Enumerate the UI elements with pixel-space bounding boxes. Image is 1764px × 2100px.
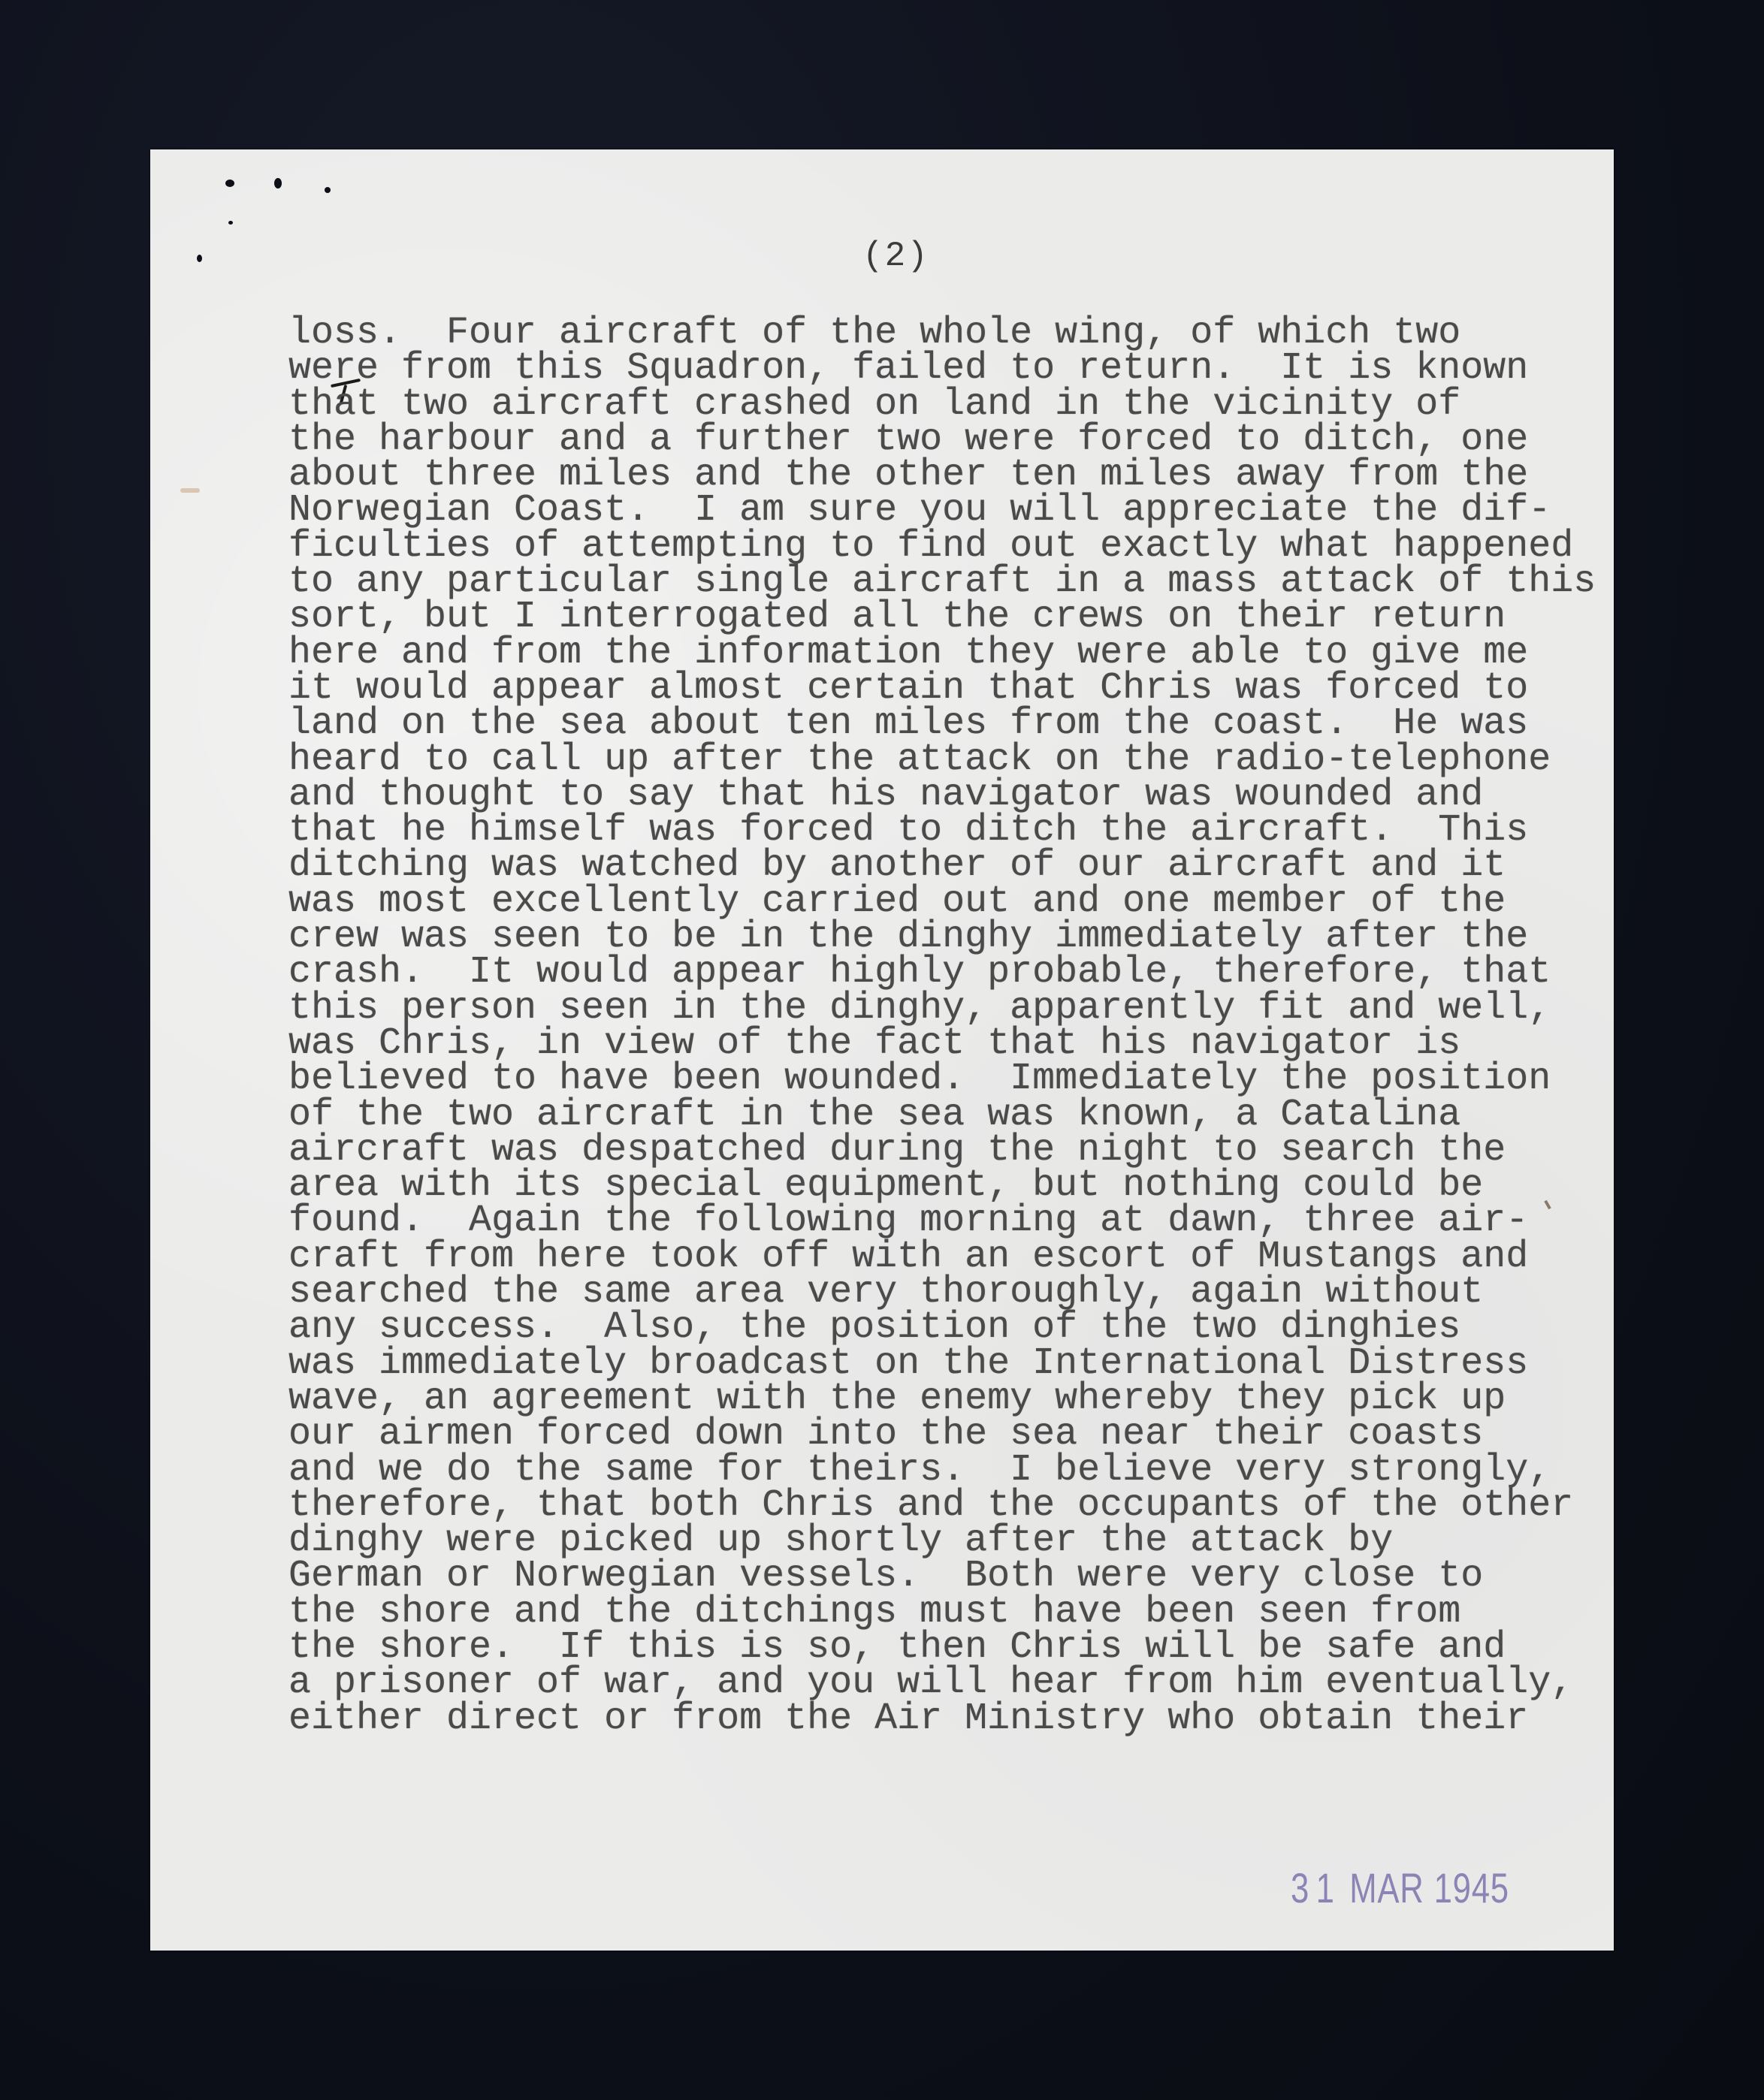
text-line: wave, an agreement with the enemy whereb… (288, 1381, 1596, 1417)
letter-body-text: loss. Four aircraft of the whole wing, o… (288, 315, 1596, 1736)
text-line: German or Norwegian vessels. Both were v… (288, 1558, 1596, 1594)
text-line: and thought to say that his navigator wa… (288, 777, 1596, 813)
text-line: Norwegian Coast. I am sure you will appr… (288, 493, 1596, 528)
date-stamp-day: 31 (1291, 1864, 1341, 1911)
text-line: to any particular single aircraft in a m… (288, 564, 1596, 599)
page-number: (2) (862, 239, 929, 273)
date-stamp: 31MAR 1945 (1291, 1867, 1509, 1909)
text-line: it would appear almost certain that Chri… (288, 671, 1596, 706)
text-line: a prisoner of war, and you will hear fro… (288, 1665, 1596, 1700)
text-line: ditching was watched by another of our a… (288, 848, 1596, 883)
text-line: dinghy were picked up shortly after the … (288, 1523, 1596, 1558)
text-line: our airmen forced down into the sea near… (288, 1417, 1596, 1452)
text-line: was most excellently carried out and one… (288, 884, 1596, 919)
margin-mark (180, 488, 200, 493)
text-line: sort, but I interrogated all the crews o… (288, 599, 1596, 635)
text-line: either direct or from the Air Ministry w… (288, 1701, 1596, 1736)
text-line: heard to call up after the attack on the… (288, 742, 1596, 777)
text-line: of the two aircraft in the sea was known… (288, 1097, 1596, 1133)
text-line: the harbour and a further two were force… (288, 422, 1596, 457)
text-line: believed to have been wounded. Immediate… (288, 1061, 1596, 1097)
date-stamp-month: MAR (1349, 1864, 1424, 1911)
punch-mark-icon (225, 180, 234, 187)
text-line: about three miles and the other ten mile… (288, 457, 1596, 493)
text-line: that he himself was forced to ditch the … (288, 813, 1596, 848)
text-line: any success. Also, the position of the t… (288, 1310, 1596, 1345)
text-line: and we do the same for theirs. I believe… (288, 1453, 1596, 1488)
text-line: loss. Four aircraft of the whole wing, o… (288, 315, 1596, 351)
text-line: aircraft was despatched during the night… (288, 1133, 1596, 1168)
text-line: here and from the information they were … (288, 635, 1596, 671)
text-line: ficulties of attempting to find out exac… (288, 529, 1596, 564)
punch-mark-icon (274, 178, 282, 189)
text-line: that two aircraft crashed on land in the… (288, 387, 1596, 422)
text-line: was immediately broadcast on the Interna… (288, 1346, 1596, 1381)
text-line: therefore, that both Chris and the occup… (288, 1488, 1596, 1523)
text-line: were from this Squadron, failed to retur… (288, 351, 1596, 386)
date-stamp-year: 1945 (1434, 1864, 1509, 1911)
text-line: crew was seen to be in the dinghy immedi… (288, 919, 1596, 955)
punch-mark-icon (228, 221, 233, 225)
text-line: land on the sea about ten miles from the… (288, 706, 1596, 741)
text-line: the shore. If this is so, then Chris wil… (288, 1630, 1596, 1665)
text-line: this person seen in the dinghy, apparent… (288, 991, 1596, 1026)
text-line: the shore and the ditchings must have be… (288, 1595, 1596, 1630)
punch-mark-icon (325, 187, 331, 193)
text-line: crash. It would appear highly probable, … (288, 955, 1596, 990)
text-line: area with its special equipment, but not… (288, 1168, 1596, 1203)
text-line: craft from here took off with an escort … (288, 1239, 1596, 1275)
punch-mark-icon (197, 255, 202, 262)
text-line: found. Again the following morning at da… (288, 1203, 1596, 1239)
text-line: searched the same area very thoroughly, … (288, 1275, 1596, 1310)
text-line: was Chris, in view of the fact that his … (288, 1026, 1596, 1061)
